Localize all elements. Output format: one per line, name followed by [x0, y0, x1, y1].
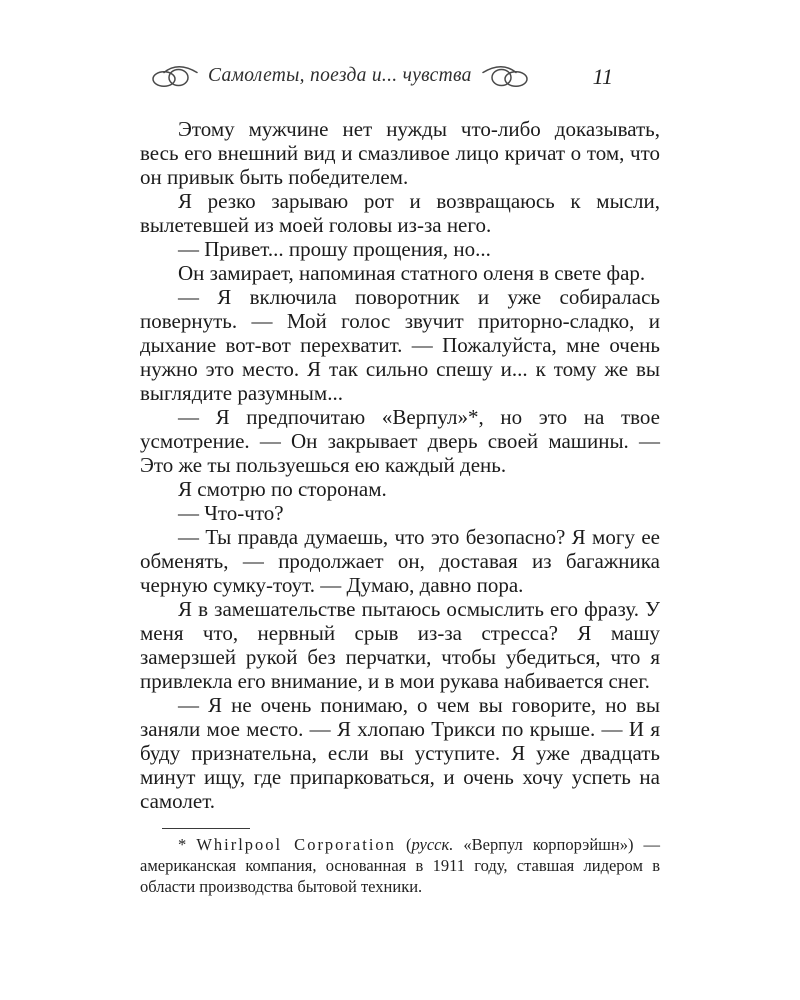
paragraph: — Я предпочитаю «Верпул»*, но это на тво… — [140, 405, 660, 477]
page-number: 11 — [593, 64, 613, 90]
book-page: { "header": { "title": "Самолеты, поезда… — [0, 0, 800, 1000]
footnote-open-paren: ( — [396, 835, 412, 854]
paragraph: — Привет... прошу прощения, но... — [140, 237, 660, 261]
footnote-lang-label: русск. — [411, 835, 453, 854]
page-text: Этому мужчине нет нужды что-либо доказыв… — [140, 117, 660, 813]
footnote-marker: * — [178, 835, 196, 854]
header-title-group: Самолеты, поезда и... чувства — [151, 64, 529, 88]
flourish-right-icon — [481, 64, 529, 88]
paragraph: — Я включила поворотник и уже собиралась… — [140, 285, 660, 405]
paragraph: Я резко зарываю рот и возвращаюсь к мысл… — [140, 189, 660, 237]
header-title: Самолеты, поезда и... чувства — [208, 65, 472, 87]
paragraph: — Я не очень понимаю, о чем вы говорите,… — [140, 693, 660, 813]
footnote-text: * Whirlpool Corporation (русск. «Верпул … — [140, 834, 660, 897]
paragraph: Этому мужчине нет нужды что-либо доказыв… — [140, 117, 660, 189]
running-header: Самолеты, поезда и... чувства 11 — [140, 62, 660, 100]
paragraph: Он замирает, напоминая статного оленя в … — [140, 261, 660, 285]
paragraph: — Ты правда думаешь, что это безопасно? … — [140, 525, 660, 597]
footnote: * Whirlpool Corporation (русск. «Верпул … — [140, 828, 660, 897]
flourish-left-icon — [151, 64, 199, 88]
paragraph: Я в замешательстве пытаюсь осмыслить его… — [140, 597, 660, 693]
paragraph: Я смотрю по сторонам. — [140, 477, 660, 501]
footnote-company-name: Whirlpool Corporation — [196, 835, 396, 854]
paragraph: — Что-что? — [140, 501, 660, 525]
footnote-separator — [162, 828, 250, 829]
text-column: Самолеты, поезда и... чувства 11 Этому м… — [140, 62, 660, 813]
